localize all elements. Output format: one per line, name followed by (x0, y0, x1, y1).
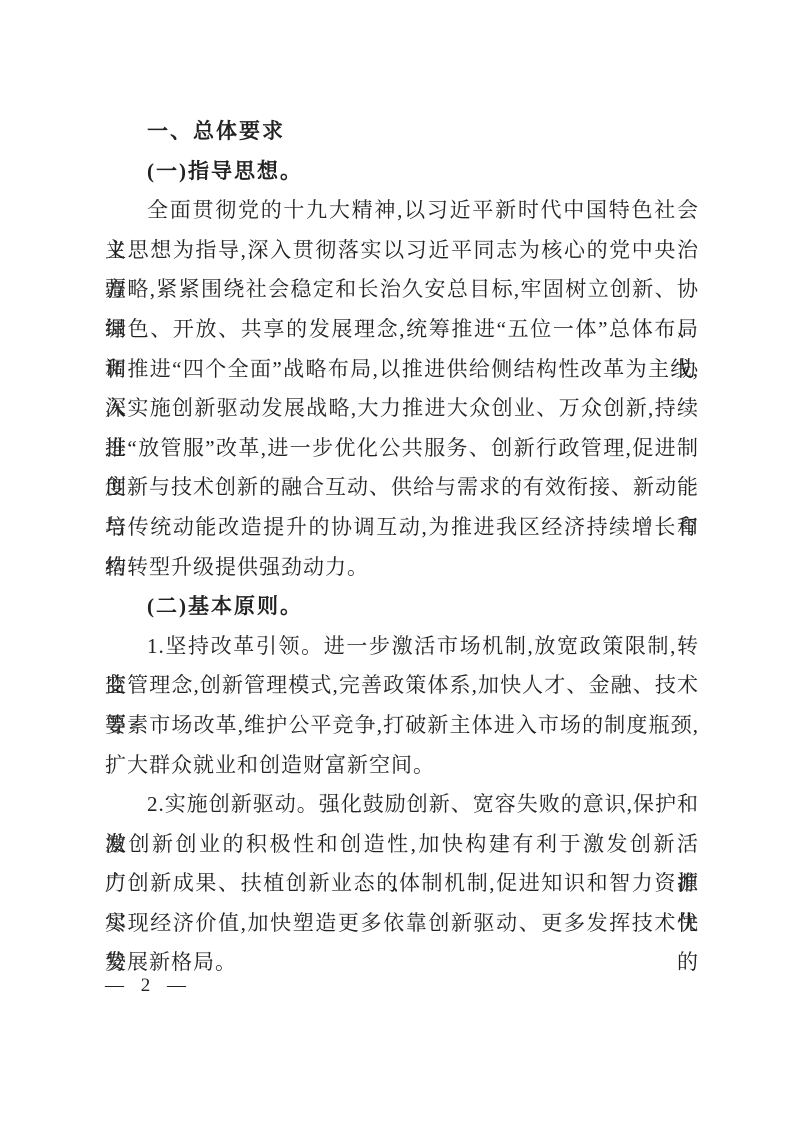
body-line: 全面贯彻党的十九大精神,以习近平新时代中国特色社会主 (105, 191, 699, 231)
body-line: 绿色、开放、共享的发展理念,统筹推进“五位一体”总体布局和协 (105, 310, 699, 350)
body-line: 广创新成果、扶植创新业态的体制机制,促进知识和智力资源尽快 (105, 864, 699, 904)
section-heading-1: 一、总体要求 (105, 112, 699, 152)
body-line: 构转型升级提供强劲动力。 (105, 548, 699, 588)
body-line-point-1: 1.坚持改革引领。进一步激活市场机制,放宽政策限制,转变 (105, 627, 699, 667)
page-number: — 2 — (105, 974, 192, 998)
subsection-heading-2: (二)基本原则。 (105, 587, 699, 627)
body-line: 进“放管服”改革,进一步优化公共服务、创新行政管理,促进制度 (105, 429, 699, 469)
body-line: 扩大群众就业和创造财富新空间。 (105, 746, 699, 786)
body-line: 发创新创业的积极性和创造性,加快构建有利于激发创新活力、推 (105, 825, 699, 865)
body-line: 监管理念,创新管理模式,完善政策体系,加快人才、金融、技术等 (105, 666, 699, 706)
body-line-point-2: 2.实施创新驱动。强化鼓励创新、宽容失败的意识,保护和激 (105, 785, 699, 825)
body-line: 要素市场改革,维护公平竞争,打破新主体进入市场的制度瓶颈, (105, 706, 699, 746)
document-body: 一、总体要求 (一)指导思想。 全面贯彻党的十九大精神,以习近平新时代中国特色社… (105, 112, 699, 983)
body-line: 与传统动能改造提升的协调互动,为推进我区经济持续增长和结 (105, 508, 699, 548)
body-line: 入实施创新驱动发展战略,大力推进大众创业、万众创新,持续推 (105, 389, 699, 429)
subsection-heading-1: (一)指导思想。 (105, 152, 699, 192)
body-line: 实现经济价值,加快塑造更多依靠创新驱动、更多发挥技术优势的 (105, 904, 699, 944)
body-line: 创新与技术创新的融合互动、供给与需求的有效衔接、新动能培育 (105, 468, 699, 508)
document-page: 一、总体要求 (一)指导思想。 全面贯彻党的十九大精神,以习近平新时代中国特色社… (0, 0, 793, 1122)
body-line: 方略,紧紧围绕社会稳定和长治久安总目标,牢固树立创新、协调、 (105, 270, 699, 310)
body-line: 调推进“四个全面”战略布局,以推进供给侧结构性改革为主线,深 (105, 350, 699, 390)
body-line: 义思想为指导,深入贯彻落实以习近平同志为核心的党中央治疆 (105, 231, 699, 271)
